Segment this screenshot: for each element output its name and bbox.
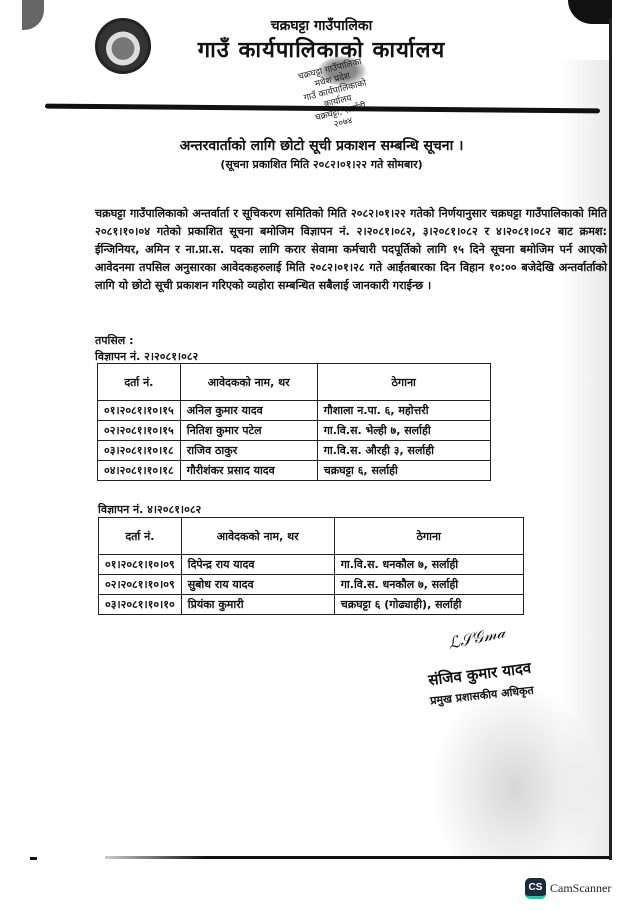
table-row: ०३।२०८१।१०।१० प्रियंका कुमारी चक्रघट्टा … <box>99 595 524 615</box>
column-header: ठेगाना <box>317 364 490 401</box>
registration-number: ०४।२०८१।१०।१८ <box>98 461 181 481</box>
column-header: आवेदकको नाम, थर <box>181 518 334 555</box>
table-row: ०१।२०८१।१०।०९ दिपेन्द्र राय यादव गा.वि.स… <box>99 555 524 575</box>
applicant-name: सुबोध राय यादव <box>181 575 334 595</box>
registration-number: ०३।२०८१।१०।१८ <box>98 441 181 461</box>
notice-subtitle: (सूचना प्रकाशित मिति २०८२।०१।२२ गते सोमब… <box>0 157 643 172</box>
applicant-address: चक्रघट्टा ६ (गोढ्याही), सर्लाही <box>334 595 523 615</box>
column-header: आवेदकको नाम, थर <box>180 364 317 401</box>
applicant-name: प्रियंका कुमारी <box>181 595 334 615</box>
table-header-row: दर्ता नं. आवेदकको नाम, थर ठेगाना <box>99 518 524 555</box>
camscanner-logo-icon: CS <box>525 878 546 899</box>
registration-number: ०२।२०८१।१०।१५ <box>98 421 181 441</box>
signature-scribble: ℒ𝒮𝒢𝓂𝒶 <box>447 622 508 654</box>
table-row: ०२।२०८१।१०।०९ सुबोध राय यादव गा.वि.स. धन… <box>99 575 524 595</box>
table-row: ०२।२०८१।१०।१५ नितिश कुमार पटेल गा.वि.स. … <box>98 421 491 441</box>
shortlist-table: दर्ता नं. आवेदकको नाम, थर ठेगाना ०१।२०८१… <box>97 363 491 481</box>
details-label: तपसिल : <box>95 333 134 348</box>
advert-number-label: विज्ञापन नं. ४।२०८१।०८२ <box>98 502 201 517</box>
applicant-name: नितिश कुमार पटेल <box>180 421 317 441</box>
table-row: ०१।२०८१।१०।१५ अनिल कुमार यादव गौशाला न.प… <box>98 401 491 421</box>
registration-number: ०१।२०८१।१०।१५ <box>98 401 181 421</box>
table-header-row: दर्ता नं. आवेदकको नाम, थर ठेगाना <box>98 364 491 401</box>
registration-number: ०१।२०८१।१०।०९ <box>99 555 182 575</box>
page-mark <box>30 857 37 860</box>
shortlist-table: दर्ता नं. आवेदकको नाम, थर ठेगाना ०१।२०८१… <box>98 517 524 615</box>
applicant-address: गा.वि.स. धनकौल ७, सर्लाही <box>334 575 523 595</box>
office-name: गाउँ कार्यपालिकाको कार्यालय <box>0 34 643 64</box>
notice-body: चक्रघट्टा गाउँपालिकाको अन्तर्वार्ता र सू… <box>95 205 607 295</box>
applicant-name: राजिव ठाकुर <box>180 441 317 461</box>
page-bottom-edge <box>105 856 610 859</box>
column-header: दर्ता नं. <box>98 364 181 401</box>
camscanner-watermark: CamScanner <box>550 881 611 896</box>
registration-number: ०३।२०८१।१०।१० <box>99 595 182 615</box>
advert-number-label: विज्ञापन नं. २।२०८१।०८२ <box>95 349 198 364</box>
applicant-name: दिपेन्द्र राय यादव <box>181 555 334 575</box>
notice-title: अन्तरवार्ताको लागि छोटो सूची प्रकाशन सम्… <box>0 136 643 155</box>
column-header: ठेगाना <box>334 518 523 555</box>
column-header: दर्ता नं. <box>99 518 182 555</box>
applicant-address: गा.वि.स. औरही ३, सर्लाही <box>317 441 490 461</box>
registration-number: ०२।२०८१।१०।०९ <box>99 575 182 595</box>
applicant-address: गा.वि.स. धनकौल ७, सर्लाही <box>334 555 523 575</box>
table-row: ०३।२०८१।१०।१८ राजिव ठाकुर गा.वि.स. औरही … <box>98 441 491 461</box>
applicant-address: गौशाला न.पा. ६, महोत्तरी <box>317 401 490 421</box>
office-stamp: चक्रघट्टा गाउँपालिका मधेश प्रदेश गाउँ का… <box>286 54 386 134</box>
scanned-page: चक्रघट्टा गाउँपालिका गाउँ कार्यपालिकाको … <box>0 0 612 860</box>
table-row: ०४।२०८१।१०।१८ गौरीशंकर प्रसाद यादव चक्रघ… <box>98 461 491 481</box>
applicant-name: अनिल कुमार यादव <box>180 401 317 421</box>
applicant-address: चक्रघट्टा ६, सर्लाही <box>317 461 490 481</box>
municipality-name: चक्रघट्टा गाउँपालिका <box>0 16 643 35</box>
applicant-address: गा.वि.स. भेल्ही ७, सर्लाही <box>317 421 490 441</box>
applicant-name: गौरीशंकर प्रसाद यादव <box>180 461 317 481</box>
scan-smudge <box>430 680 600 860</box>
